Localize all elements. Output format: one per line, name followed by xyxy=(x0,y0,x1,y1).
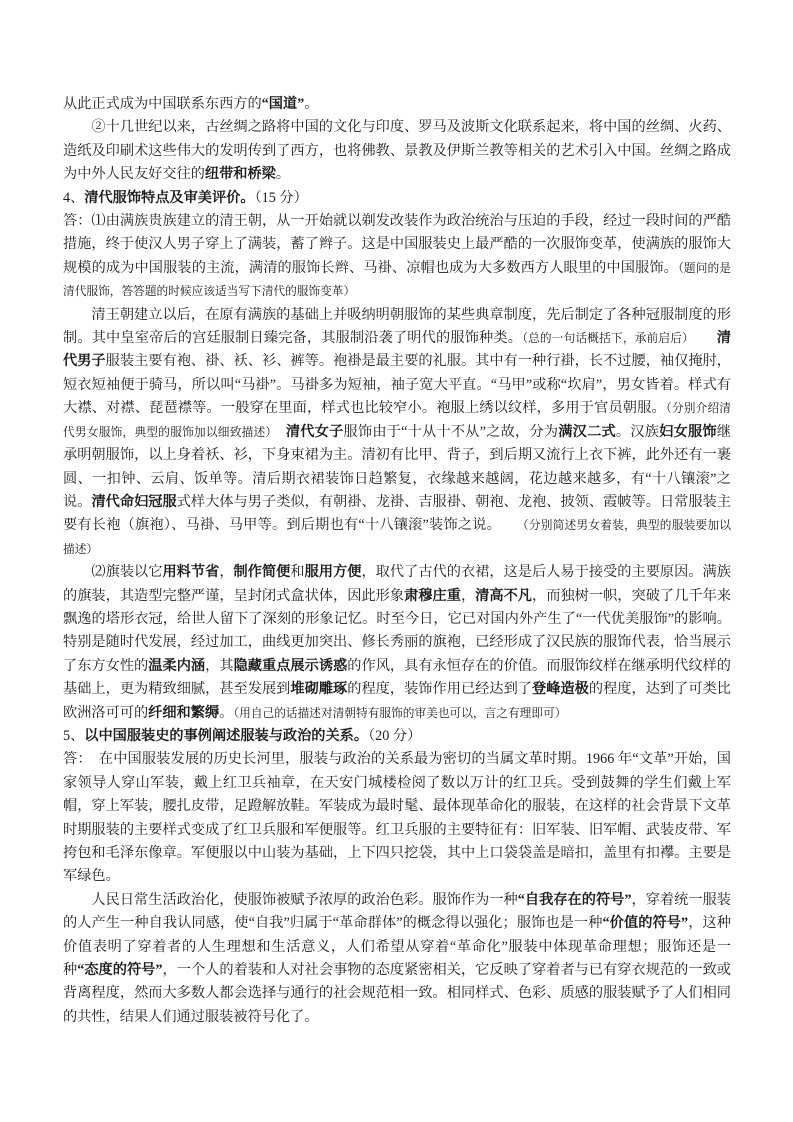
text-run-normal: ， xyxy=(461,588,475,604)
text-run-bold: 清高不凡 xyxy=(475,588,532,604)
text-run-bold: 清代命妇冠服 xyxy=(91,494,176,510)
text-run-normal: ⑵旗装以它 xyxy=(91,564,162,580)
text-run-normal: 从此正式成为中国联系东西方的 xyxy=(63,96,262,112)
text-run-bold: 堆砌雕琢 xyxy=(290,681,347,697)
text-run-normal: （15 分） xyxy=(255,190,308,206)
answer-5-part1: 答： 在中国服装发展的历史长河里，服装与政治的关系最为密切的当属文革时期。196… xyxy=(63,748,731,888)
text-run-bold: “自我存在的符号” xyxy=(518,892,632,908)
text-run-normal: 答：⑴由满族贵族建立的清王朝，从一开始就以剃发改装作为政治统治与压迫的手段，经过… xyxy=(63,213,731,276)
text-run-bold: 用料节省 xyxy=(162,564,219,580)
text-run-normal xyxy=(271,424,285,440)
text-run-bold: 肃穆庄重 xyxy=(404,588,461,604)
text-run-bold: 纤细和繁缛 xyxy=(148,705,219,721)
text-run-normal: 4、 xyxy=(63,190,84,206)
text-run-bold: “国道” xyxy=(262,96,305,112)
text-run-normal xyxy=(688,330,717,346)
text-run-normal: （20 分） xyxy=(368,728,421,744)
text-run-small: （总的一句话概括下，承前启后） xyxy=(522,332,688,345)
text-run-bold: 满汉二式 xyxy=(558,424,616,440)
text-run-bold: 清代女子 xyxy=(286,424,344,440)
answer-4-detail: 清王朝建立以后，在原有满族的基础上并吸纳明朝服饰的某些典章制度，先后制定了各种冠… xyxy=(63,304,731,561)
text-run-normal: ， xyxy=(219,564,233,580)
text-run-normal: 人民日常生活政治化，使服饰被赋予浓厚的政治色彩。服饰作为一种 xyxy=(91,892,517,908)
text-run-normal: ②十几世纪以来，古丝绸之路将中国的文化与印度、罗马及波斯文化联系起来，将中国的丝… xyxy=(63,119,731,182)
text-run-normal: ，一个人的着装和人对社会事物的态度紧密相关，它反映了穿着者与已有穿衣规范的一致或… xyxy=(63,962,731,1025)
question-5-heading: 5、以中国服装史的事例阐述服装与政治的关系。（20 分） xyxy=(63,725,731,748)
text-run-normal: 答： 在中国服装发展的历史长河里，服装与政治的关系最为密切的当属文革时期。196… xyxy=(63,751,731,884)
document-content: 从此正式成为中国联系东西方的“国道”。②十几世纪以来，古丝绸之路将中国的文化与印… xyxy=(63,93,731,1029)
text-run-bold: 纽带和桥梁 xyxy=(205,166,276,182)
text-run-bold: 温柔内涵 xyxy=(148,658,205,674)
text-run-bold: 清代服饰特点及审美评价。 xyxy=(84,190,254,206)
text-run-normal: 。汉族 xyxy=(616,424,659,440)
question-4-heading: 4、清代服饰特点及审美评价。（15 分） xyxy=(63,187,731,210)
answer-5-part2: 人民日常生活政治化，使服饰被赋予浓厚的政治色彩。服饰作为一种“自我存在的符号”，… xyxy=(63,889,731,1029)
document-page: 从此正式成为中国联系东西方的“国道”。②十几世纪以来，古丝绸之路将中国的文化与印… xyxy=(0,0,793,1122)
text-run-normal: 和 xyxy=(290,564,304,580)
text-run-normal: 。 xyxy=(304,96,318,112)
text-run-bold: 隐藏重点展示诱惑 xyxy=(234,658,348,674)
text-run-normal: 服饰由于“十从十不从”之故，分为 xyxy=(344,424,559,440)
text-run-normal: 服装主要有袍、褂、袄、衫、裤等。袍褂是最主要的礼服。其中有一种行褂，长不过腰，袖… xyxy=(63,353,731,416)
answer-4-part2: ⑵旗装以它用料节省，制作简便和服用方便，取代了古代的衣裙，这是后人易于接受的主要… xyxy=(63,561,731,725)
text-run-bold: “价值的符号” xyxy=(602,915,688,931)
text-run-normal: 。 xyxy=(276,166,290,182)
text-run-bold: 以中国服装史的事例阐述服装与政治的关系。 xyxy=(84,728,368,744)
continuation-paragraph: 从此正式成为中国联系东西方的“国道”。 xyxy=(63,93,731,116)
text-run-bold: “态度的符号” xyxy=(77,962,162,978)
text-run-bold: 妇女服饰 xyxy=(659,424,717,440)
text-run-small: （用自己的话描述对清朝特有服饰的审美也可以，言之有理即可） xyxy=(233,707,566,720)
text-run-bold: 登峰造极 xyxy=(532,681,589,697)
text-run-normal: 的程度，装饰作用已经达到了 xyxy=(347,681,532,697)
answer-4-part1: 答：⑴由满族贵族建立的清王朝，从一开始就以剃发改装作为政治统治与压迫的手段，经过… xyxy=(63,210,731,304)
text-run-bold: 服用方便 xyxy=(305,564,362,580)
text-run-normal: 。 xyxy=(219,705,233,721)
silk-road-paragraph: ②十几世纪以来，古丝绸之路将中国的文化与印度、罗马及波斯文化联系起来，将中国的丝… xyxy=(63,116,731,186)
text-run-normal: 5、 xyxy=(63,728,84,744)
text-run-bold: 制作简便 xyxy=(234,564,291,580)
text-run-normal: ，其 xyxy=(205,658,233,674)
